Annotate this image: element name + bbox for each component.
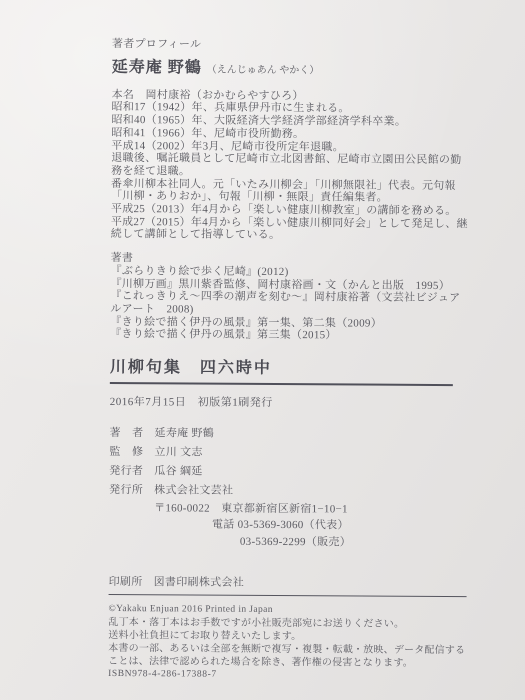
books-section: 著書 『ぶらりきり絵で歩く尼崎』(2012) 『川柳万画』黒川紫香監修、岡村康裕…: [110, 252, 469, 343]
book-item: 『きり絵で描く伊丹の風景』第三集（2015）: [110, 328, 468, 343]
credit-row-author: 著 者 延寿庵 野鶴: [109, 424, 467, 445]
publisher-contact: 〒160-0022 東京都新宿区新宿1−10−1 電話 03-5369-3060…: [109, 500, 467, 552]
book-title-heading: 川柳句集 四六時中: [110, 358, 453, 386]
credit-value: 瓜谷 綱延: [154, 462, 202, 481]
edition-line: 2016年7月15日 初版第1刷発行: [110, 396, 468, 411]
author-pen-name: 延寿庵 野鶴 （えんじゅあん やかく）: [112, 58, 470, 82]
book-colophon-page: 著者プロフィール 延寿庵 野鶴 （えんじゅあん やかく） 本名 岡村康裕（おかむ…: [0, 0, 525, 700]
credit-label: 発行者: [109, 462, 154, 481]
profile-section-label: 著者プロフィール: [112, 38, 470, 53]
bio-line: 平成27（2015）年4月から「楽しい健康川柳同好会」として発足し、継続して講師…: [111, 216, 469, 244]
page-content: 著者プロフィール 延寿庵 野鶴 （えんじゅあん やかく） 本名 岡村康裕（おかむ…: [108, 32, 470, 683]
credits-block: 著 者 延寿庵 野鶴 監 修 立川 文志 発行者 瓜谷 綱延 発行所 株式会社文…: [109, 424, 468, 552]
publisher-phone-sales: 03-5369-2299（販売）: [240, 534, 467, 552]
divider-rule: [109, 594, 467, 597]
credit-value: 延寿庵 野鶴: [154, 424, 214, 443]
printer-label: 印刷所: [109, 575, 154, 590]
author-bio: 昭和17（1942）年、兵庫県伊丹市に生まれる。 昭和40（1965）年、大阪経…: [111, 101, 470, 243]
note-line: 本書の一部、あるいは全部を無断で複写・複製・転載・放映、データ配信することは、法…: [108, 642, 466, 670]
printer-value: 図書印刷株式会社: [154, 576, 244, 592]
bio-line: 番傘川柳本社同人。元「いたみ川柳会」「川柳無限社」代表。元句報「川柳・ありおか」…: [111, 178, 469, 206]
credit-label: 発行所: [109, 481, 154, 500]
credit-label: 監 修: [109, 443, 154, 462]
credit-row-publisher-company: 発行所 株式会社文芸社: [109, 481, 467, 502]
credit-value: 株式会社文芸社: [154, 481, 233, 500]
bio-line: 退職後、嘱託職員として尼崎市立北図書館、尼崎市立園田公民館の勤務を経て退職。: [111, 152, 469, 180]
credit-value: 立川 文志: [154, 443, 202, 462]
author-pen-name-reading: （えんじゅあん やかく）: [207, 64, 320, 76]
isbn: ISBN978-4-286-17388-7: [108, 668, 466, 683]
author-pen-name-text: 延寿庵 野鶴: [112, 59, 202, 77]
printer-row: 印刷所 図書印刷株式会社: [109, 575, 467, 592]
credit-row-publisher-person: 発行者 瓜谷 綱延: [109, 462, 467, 483]
publisher-phone-main: 電話 03-5369-3060（代表）: [212, 517, 467, 535]
credit-label: 著 者: [109, 424, 154, 443]
book-item: 『これっきりえ～四季の潮声を刻む～』岡村康裕著（文芸社ビジュアルアート 2008…: [110, 290, 468, 318]
legal-block: ©Yakaku Enjuan 2016 Printed in Japan 乱丁本…: [108, 603, 466, 683]
publisher-address: 〒160-0022 東京都新宿区新宿1−10−1: [154, 500, 467, 518]
credit-row-supervisor: 監 修 立川 文志: [109, 443, 467, 464]
